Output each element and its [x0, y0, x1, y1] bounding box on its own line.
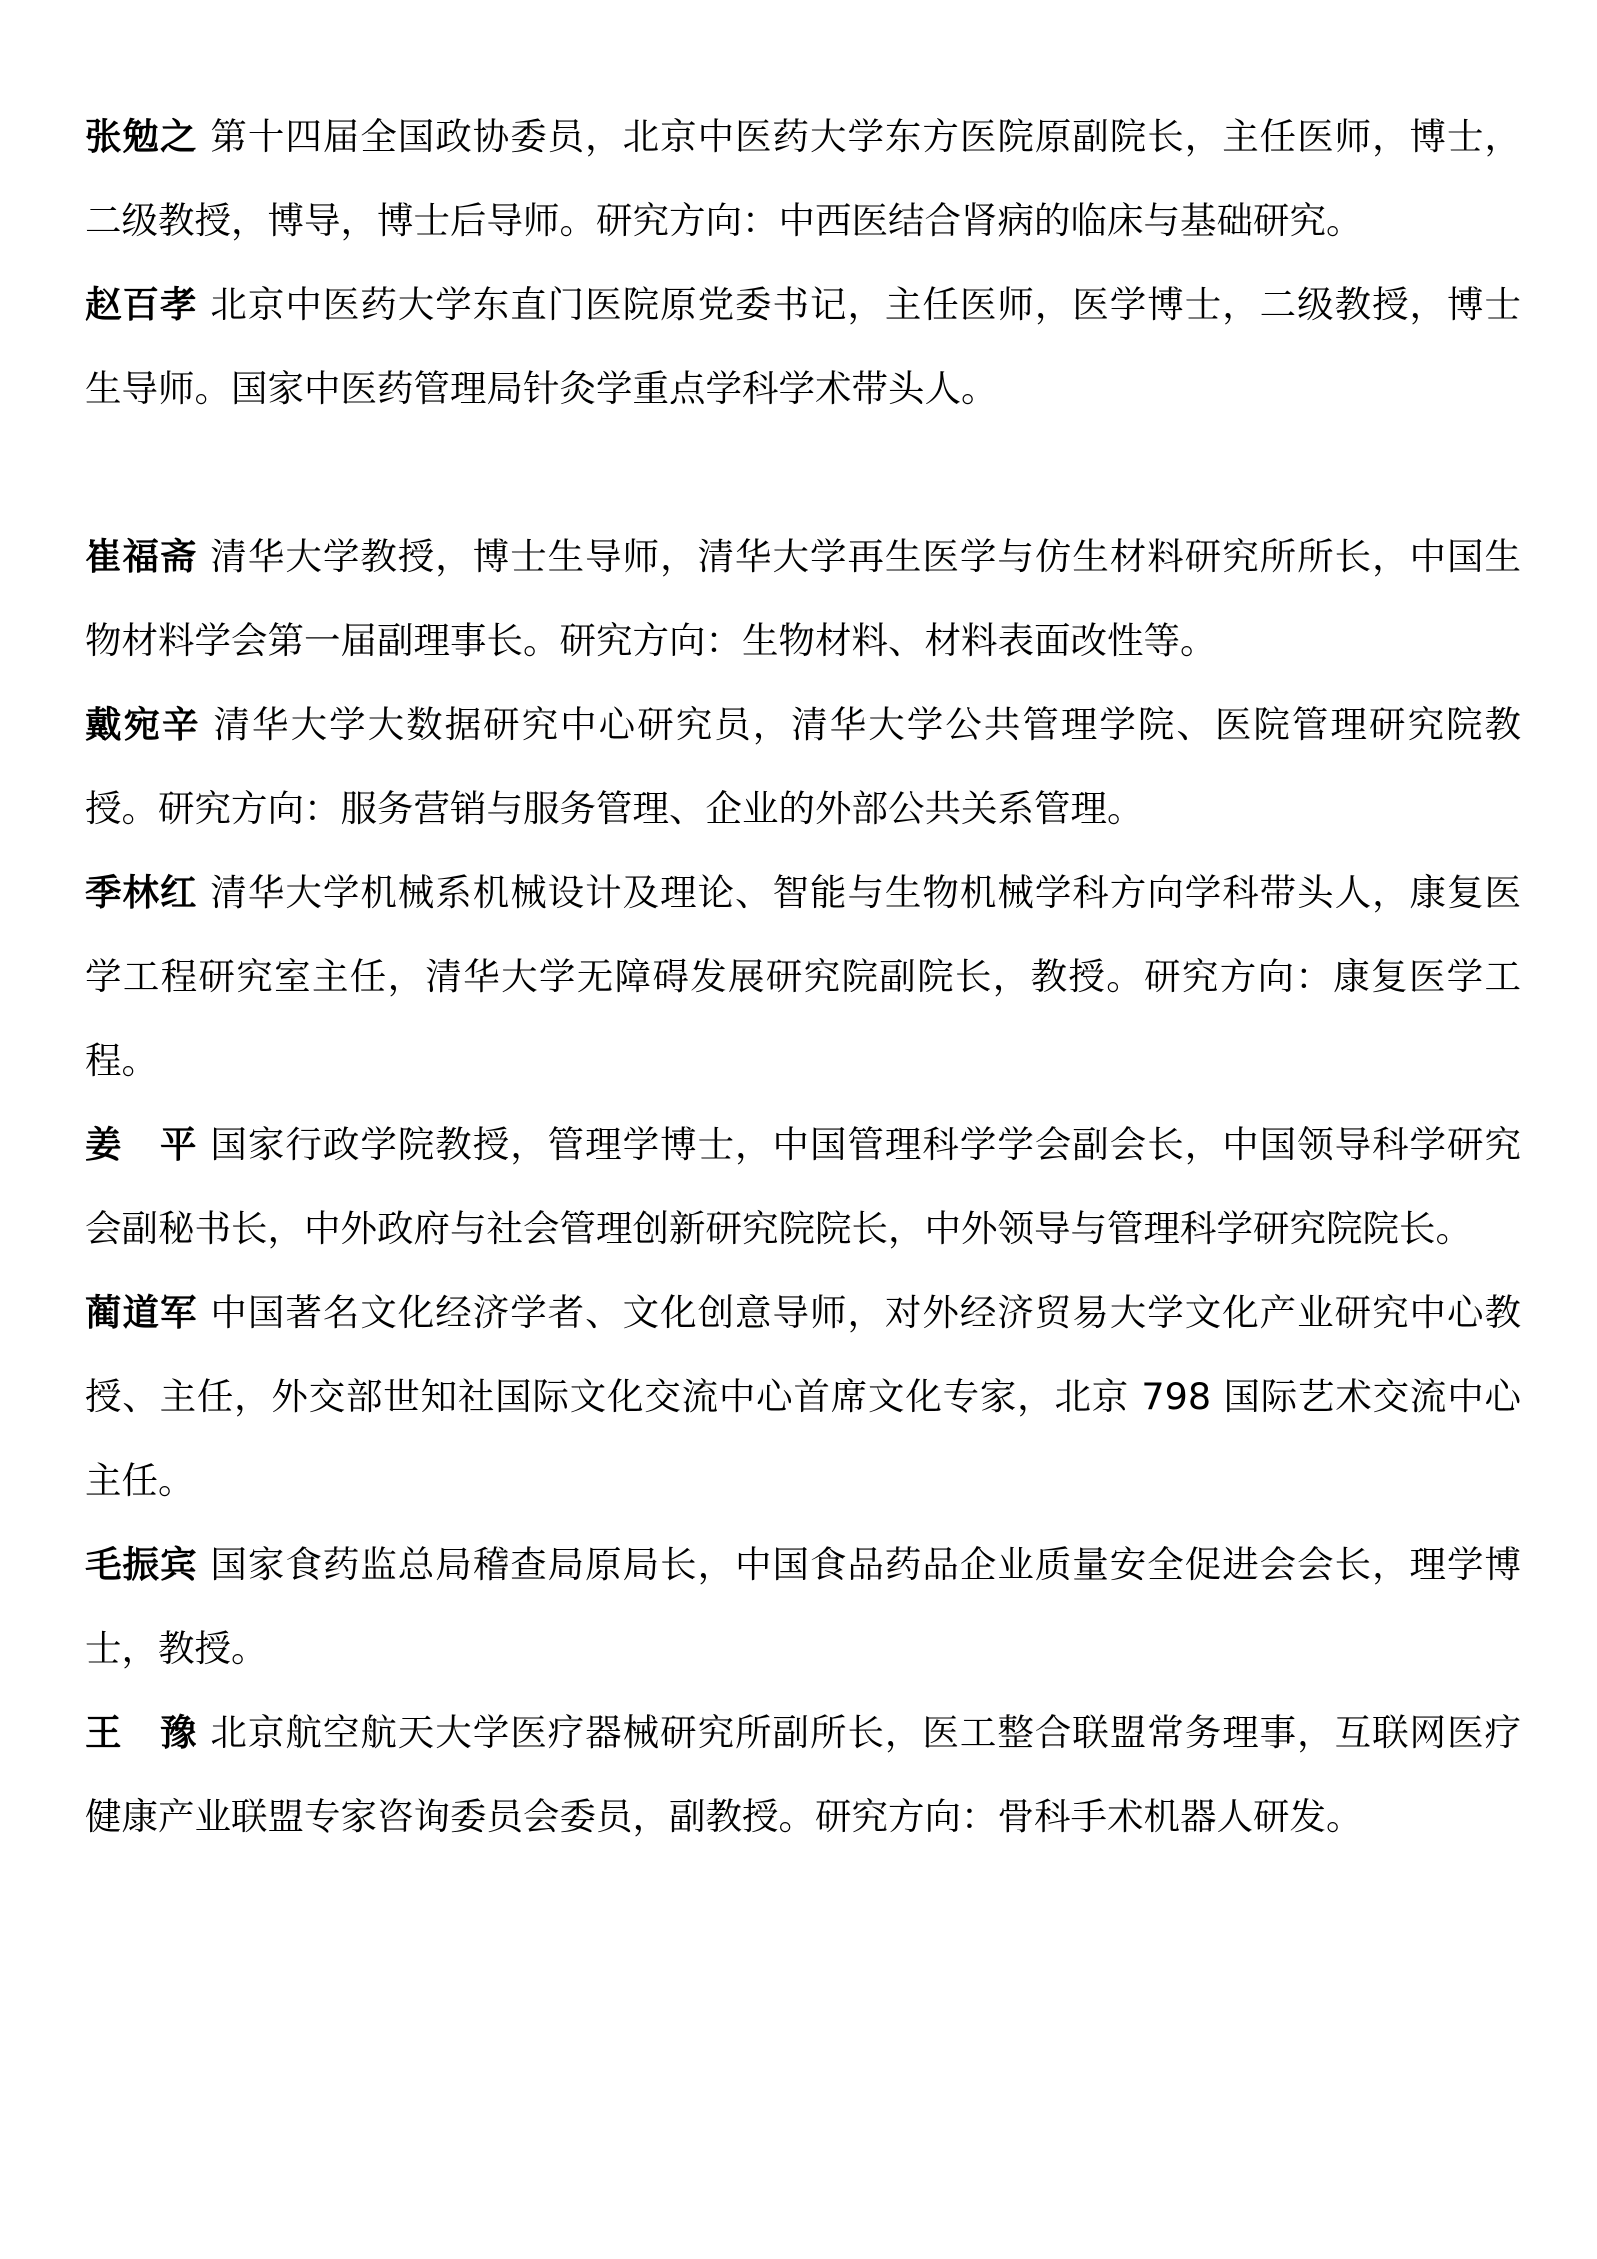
- person-bio: 北京中医药大学东直门医院原党委书记，主任医师，医学博士，二级教授，博士生导师。国…: [85, 283, 1521, 410]
- bio-entry: 崔福斋清华大学教授，博士生导师，清华大学再生医学与仿生材料研究所所长，中国生物材…: [85, 515, 1521, 683]
- person-name: 姜 平: [85, 1123, 197, 1166]
- person-name: 赵百孝: [85, 283, 197, 326]
- bio-entry: 张勉之第十四届全国政协委员，北京中医药大学东方医院原副院长，主任医师，博士，二级…: [85, 95, 1521, 263]
- person-bio: 国家食药监总局稽查局原局长，中国食品药品企业质量安全促进会会长，理学博士，教授。: [85, 1543, 1521, 1670]
- person-name: 戴宛辛: [85, 703, 201, 746]
- person-bio: 中国著名文化经济学者、文化创意导师，对外经济贸易大学文化产业研究中心教授、主任，…: [85, 1291, 1521, 1502]
- bio-entry: 毛振宾国家食药监总局稽查局原局长，中国食品药品企业质量安全促进会会长，理学博士，…: [85, 1523, 1521, 1691]
- bio-entry: 姜 平国家行政学院教授，管理学博士，中国管理科学学会副会长，中国领导科学研究会副…: [85, 1103, 1521, 1271]
- bio-entry: 赵百孝北京中医药大学东直门医院原党委书记，主任医师，医学博士，二级教授，博士生导…: [85, 263, 1521, 431]
- person-bio: 清华大学机械系机械设计及理论、智能与生物机械学科方向学科带头人，康复医学工程研究…: [85, 871, 1521, 1082]
- bio-entry: 戴宛辛清华大学大数据研究中心研究员，清华大学公共管理学院、医院管理研究院教授。研…: [85, 683, 1521, 851]
- blank-line: [85, 431, 1521, 515]
- person-name: 蔺道军: [85, 1291, 197, 1334]
- person-bio: 第十四届全国政协委员，北京中医药大学东方医院原副院长，主任医师，博士，二级教授，…: [85, 115, 1521, 242]
- bio-entry: 蔺道军中国著名文化经济学者、文化创意导师，对外经济贸易大学文化产业研究中心教授、…: [85, 1271, 1521, 1523]
- bio-entry: 王 豫北京航空航天大学医疗器械研究所副所长，医工整合联盟常务理事，互联网医疗健康…: [85, 1691, 1521, 1859]
- person-name: 张勉之: [85, 115, 197, 158]
- person-name: 崔福斋: [85, 535, 197, 578]
- person-name: 季林红: [85, 871, 197, 914]
- person-bio: 国家行政学院教授，管理学博士，中国管理科学学会副会长，中国领导科学研究会副秘书长…: [85, 1123, 1521, 1250]
- person-name: 毛振宾: [85, 1543, 197, 1586]
- document-page: 张勉之第十四届全国政协委员，北京中医药大学东方医院原副院长，主任医师，博士，二级…: [0, 0, 1597, 2259]
- bio-list: 张勉之第十四届全国政协委员，北京中医药大学东方医院原副院长，主任医师，博士，二级…: [85, 95, 1521, 1859]
- person-bio: 北京航空航天大学医疗器械研究所副所长，医工整合联盟常务理事，互联网医疗健康产业联…: [85, 1711, 1521, 1838]
- person-bio: 清华大学教授，博士生导师，清华大学再生医学与仿生材料研究所所长，中国生物材料学会…: [85, 535, 1521, 662]
- bio-entry: 季林红清华大学机械系机械设计及理论、智能与生物机械学科方向学科带头人，康复医学工…: [85, 851, 1521, 1103]
- person-bio: 清华大学大数据研究中心研究员，清华大学公共管理学院、医院管理研究院教授。研究方向…: [85, 703, 1521, 830]
- person-name: 王 豫: [85, 1711, 197, 1754]
